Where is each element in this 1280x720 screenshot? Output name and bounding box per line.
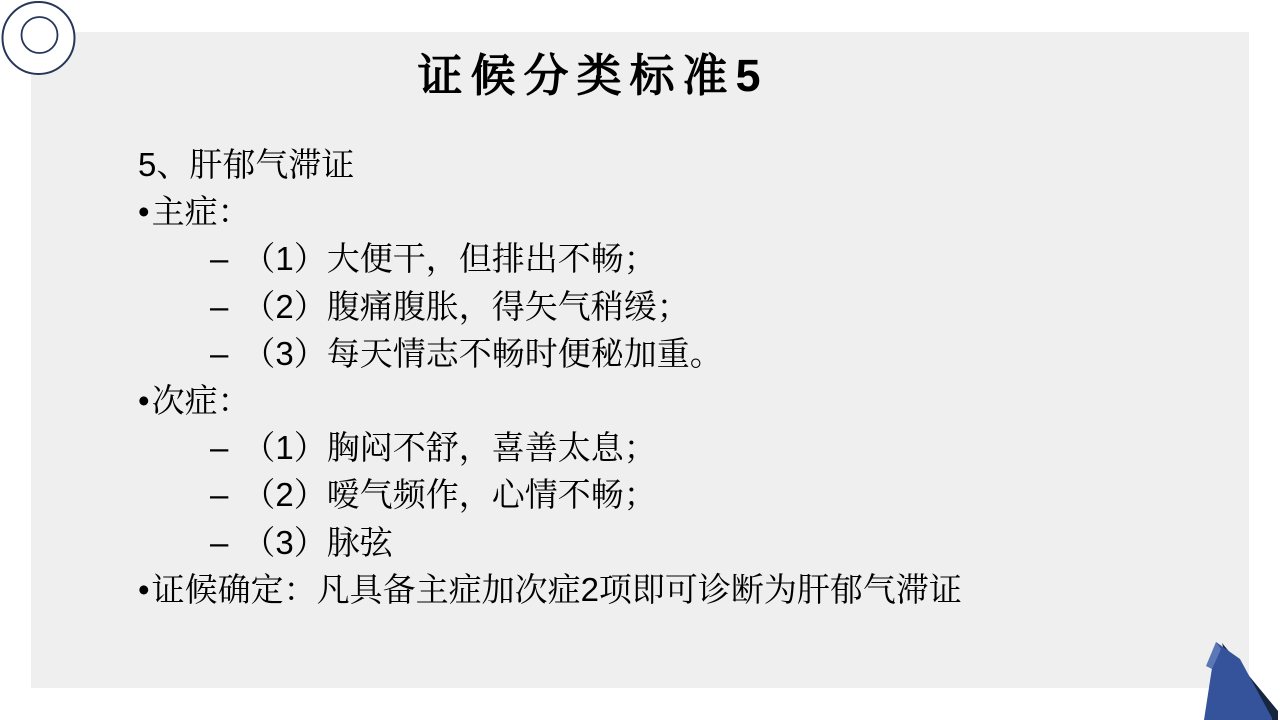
list-item-text: （1）胸闷不舒，喜善太息； (242, 429, 656, 466)
body-heading: 5、肝郁气滞证 (138, 141, 1178, 188)
slide-body: 5、肝郁气滞证 •主症： –（1）大便干，但排出不畅； –（2）腹痛腹胀，得矢气… (138, 141, 1178, 613)
section-label-main: •主症： (138, 188, 1178, 235)
list-item-text: （2）嗳气频作，心情不畅； (242, 476, 656, 513)
list-item: –（3）每天情志不畅时便秘加重。 (138, 330, 1178, 377)
section-label-secondary: •次症： (138, 377, 1178, 424)
dash-marker: – (210, 330, 228, 377)
section-label-text: 主症： (152, 193, 251, 230)
bullet-marker: • (138, 188, 150, 235)
section-label-text: 次症： (152, 382, 251, 419)
dash-marker: – (210, 519, 228, 566)
list-item: –（1）大便干，但排出不畅； (138, 235, 1178, 282)
dash-marker: – (210, 283, 228, 330)
list-item-text: （3）每天情志不畅时便秘加重。 (242, 335, 722, 372)
slide-title: 证候分类标准5 (31, 48, 1155, 104)
heading-text: 5、肝郁气滞证 (138, 146, 354, 183)
list-item-text: （3）脉弦 (242, 524, 392, 561)
list-item: –（3）脉弦 (138, 519, 1178, 566)
dash-marker: – (210, 424, 228, 471)
bullet-marker: • (138, 566, 150, 613)
conclusion-text: 证候确定：凡具备主症加次症2项即可诊断为肝郁气滞证 (152, 571, 962, 608)
dash-marker: – (210, 235, 228, 282)
list-item-text: （2）腹痛腹胀，得矢气稍缓； (242, 288, 689, 325)
bullet-marker: • (138, 377, 150, 424)
conclusion-line: •证候确定：凡具备主症加次症2项即可诊断为肝郁气滞证 (138, 566, 1178, 613)
list-item: –（2）嗳气频作，心情不畅； (138, 471, 1178, 518)
dash-marker: – (210, 471, 228, 518)
list-item-text: （1）大便干，但排出不畅； (242, 240, 656, 277)
list-item: –（1）胸闷不舒，喜善太息； (138, 424, 1178, 471)
slide-page: 证候分类标准5 5、肝郁气滞证 •主症： –（1）大便干，但排出不畅； –（2）… (0, 0, 1280, 720)
list-item: –（2）腹痛腹胀，得矢气稍缓； (138, 283, 1178, 330)
